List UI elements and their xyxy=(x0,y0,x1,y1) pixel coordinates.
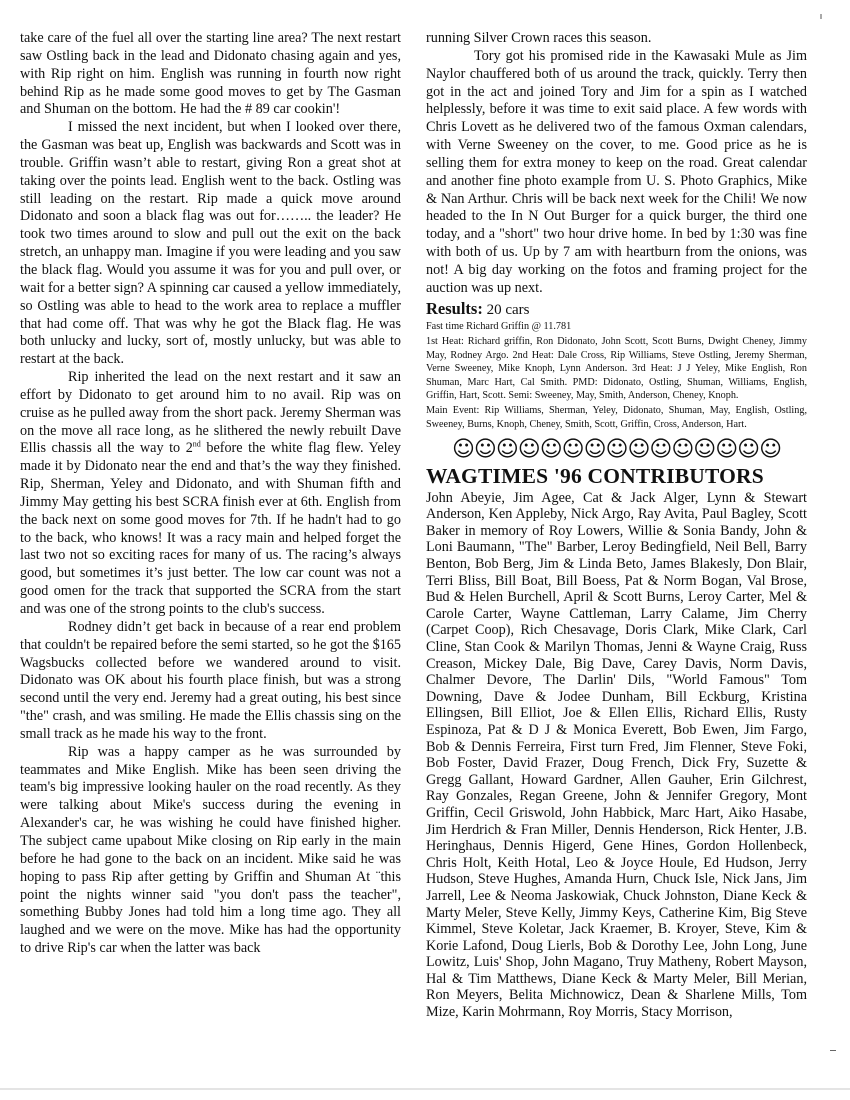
article-paragraph-5: Rip was a happy camper as he was surroun… xyxy=(20,744,401,958)
article-paragraph-3: Rip inherited the lead on the next resta… xyxy=(20,369,401,619)
results-heading: Results: 20 cars xyxy=(426,300,807,319)
page-bottom-edge xyxy=(0,1088,850,1090)
article-paragraph-7: Tory got his promised ride in the Kawasa… xyxy=(426,48,807,298)
scan-speck xyxy=(830,1050,836,1051)
scan-speck xyxy=(820,14,822,19)
article-paragraph-4: Rodney didn’t get back in because of a r… xyxy=(20,619,401,744)
right-column: running Silver Crown races this season. … xyxy=(426,30,807,1021)
contributors-title: WAGTIMES '96 CONTRIBUTORS xyxy=(426,464,807,488)
article-paragraph-2: I missed the next incident, but when I l… xyxy=(20,119,401,369)
smiley-face-icon-divider: ☺☺☺☺☺☺☺☺☺☺☺☺☺☺☺ xyxy=(426,438,807,462)
article-paragraph-1: take care of the fuel all over the start… xyxy=(20,30,401,119)
results-label: Results: xyxy=(426,299,483,318)
left-column: take care of the fuel all over the start… xyxy=(20,30,401,958)
ordinal-suffix: nd xyxy=(193,440,201,449)
contributors-list: John Abeyie, Jim Agee, Cat & Jack Alger,… xyxy=(426,490,807,1021)
results-heats: 1st Heat: Richard griffin, Ron Didonato,… xyxy=(426,335,807,403)
article-paragraph-6: running Silver Crown races this season. xyxy=(426,30,807,48)
paragraph-text: before the white flag flew. Yeley made i… xyxy=(20,440,401,617)
results-car-count: 20 cars xyxy=(487,302,530,318)
results-fast-time: Fast time Richard Griffin @ 11.781 xyxy=(426,320,807,334)
results-main-event: Main Event: Rip Williams, Sherman, Yeley… xyxy=(426,404,807,433)
